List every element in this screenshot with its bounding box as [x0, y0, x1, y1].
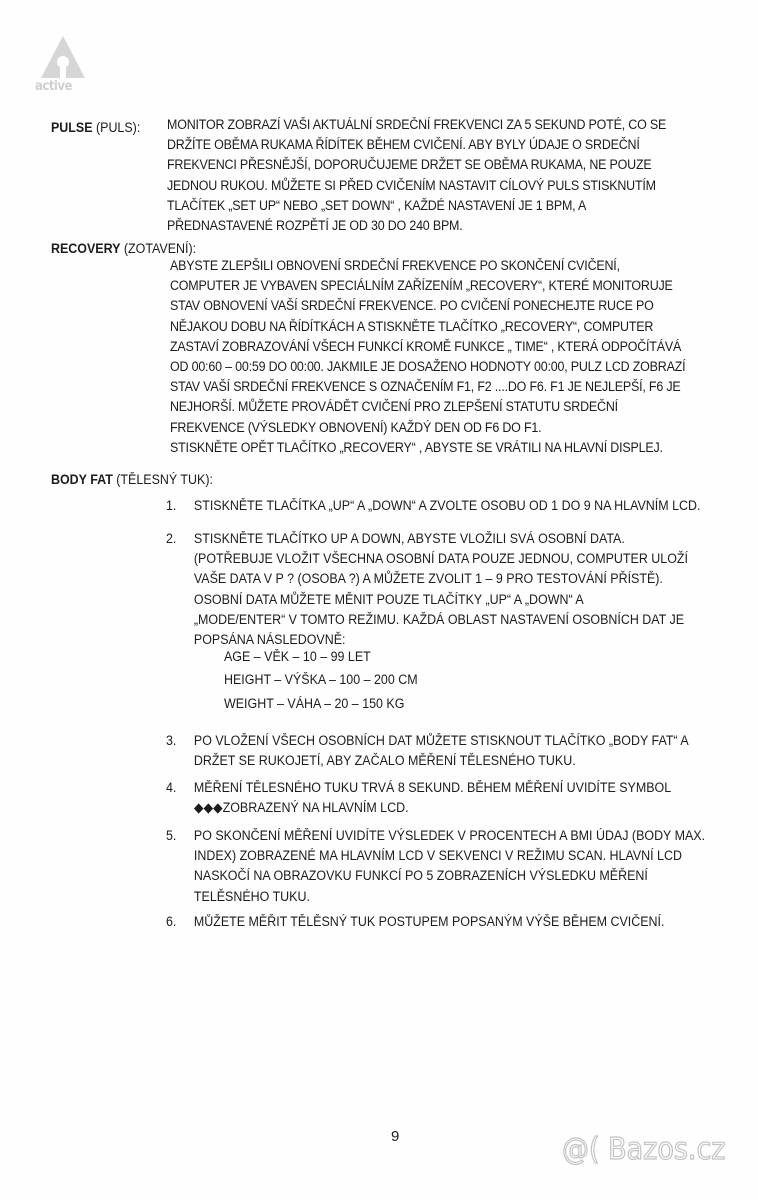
recovery-line: NEJHORŠÍ. MŮŽETE PROVÁDĚT CVIČENÍ PRO ZL…	[170, 397, 685, 417]
active-logo: active	[33, 36, 93, 96]
range-age: AGE – VĚK – 10 – 99 LET	[224, 649, 371, 664]
step-number: 5.	[166, 826, 185, 846]
recovery-line: ABYSTE ZLEPŠILI OBNOVENÍ SRDEČNÍ FREKVEN…	[170, 256, 685, 276]
recovery-line: ZASTAVÍ ZOBRAZOVÁNÍ VŠECH FUNKCÍ KROMĚ F…	[170, 337, 685, 357]
step-line: PO VLOŽENÍ VŠECH OSOBNÍCH DAT MŮŽETE STI…	[194, 731, 689, 751]
recovery-line: COMPUTER JE VYBAVEN SPECIÁLNÍM ZAŘÍZENÍM…	[170, 276, 685, 296]
pulse-line: MONITOR ZOBRAZÍ VAŠI AKTUÁLNÍ SRDEČNÍ FR…	[167, 115, 666, 135]
step-line: (POTŘEBUJE VLOŽIT VŠECHNA OSOBNÍ DATA PO…	[194, 549, 688, 569]
pulse-line: JEDNOU RUKOU. MŮŽETE SI PŘED CVIČENÍM NA…	[167, 176, 666, 196]
body-fat-heading-bold: BODY FAT	[51, 472, 113, 487]
recovery-line: STAV VAŠÍ SRDEČNÍ FREKVENCE S OZNAČENÍM …	[170, 377, 685, 397]
recovery-line: STAV OBNOVENÍ VAŠÍ SRDEČNÍ FREKVENCE. PO…	[170, 296, 685, 316]
step-line: ◆◆◆ZOBRAZENÝ NA HLAVNÍM LCD.	[194, 798, 671, 818]
recovery-line: OD 00:60 – 00:59 DO 00:00. JAKMILE JE DO…	[170, 357, 685, 377]
step-number: 3.	[166, 731, 185, 751]
step-line: NASKOČÍ NA OBRAZOVKU FUNKCÍ PO 5 ZOBRAZE…	[194, 866, 705, 886]
pulse-line: FREKVENCI PŘESNĚJŠÍ, DOPORUČUJEME DRŽET …	[167, 155, 666, 175]
recovery-line: NĚJAKOU DOBU NA ŘÍDÍTKÁCH A STISKNĚTE TL…	[170, 317, 685, 337]
recovery-heading: RECOVERY (ZOTAVENÍ):	[51, 241, 196, 256]
recovery-heading-rest: (ZOTAVENÍ):	[120, 241, 196, 256]
pulse-line: DRŽÍTE OBĚMA RUKAMA ŘÍDÍTEK BĚHEM CVIČEN…	[167, 135, 666, 155]
range-weight: WEIGHT – VÁHA – 20 – 150 KG	[224, 696, 404, 711]
step-line: STISKNĚTE TLAČÍTKA „UP“ A „DOWN“ A ZVOLT…	[194, 496, 701, 516]
step-line: MŮŽETE MĚŘIT TĚLĚSNÝ TUK POSTUPEM POPSAN…	[194, 912, 665, 932]
bazos-watermark: @( Bazos.cz	[562, 1132, 725, 1167]
range-height: HEIGHT – VÝŠKA – 100 – 200 CM	[224, 672, 418, 687]
pulse-heading: PULSE (PULS):	[51, 120, 140, 135]
step-line: MĚŘENÍ TĚLESNÉHO TUKU TRVÁ 8 SEKUND. BĚH…	[194, 778, 671, 798]
step-number: 2.	[166, 529, 185, 549]
step-line: „MODE/ENTER“ V TOMTO REŽIMU. KAŽDÁ OBLAS…	[194, 610, 688, 630]
manual-page: active PULSE (PULS): MONITOR ZOBRAZÍ VAŠ…	[0, 0, 758, 1200]
step-line: DRŽET SE RUKOJETÍ, ABY ZAČALO MĚŘENÍ TĚL…	[194, 751, 689, 771]
pulse-line: PŘEDNASTAVENÉ ROZPĚTÍ JE OD 30 DO 240 BP…	[167, 216, 666, 236]
step-line: PO SKONČENÍ MĚŘENÍ UVIDÍTE VÝSLEDEK V PR…	[194, 826, 705, 846]
pulse-heading-rest: (PULS):	[93, 120, 141, 135]
step-line: STISKNĚTE TLAČÍTKO UP A DOWN, ABYSTE VLO…	[194, 529, 688, 549]
step-number: 6.	[166, 912, 185, 932]
recovery-paragraph: ABYSTE ZLEPŠILI OBNOVENÍ SRDEČNÍ FREKVEN…	[170, 256, 685, 458]
pulse-heading-bold: PULSE	[51, 120, 93, 135]
recovery-heading-bold: RECOVERY	[51, 241, 120, 256]
recovery-line: FREKVENCE (VÝSLEDKY OBNOVENÍ) KAŽDÝ DEN …	[170, 418, 685, 438]
step-number: 1.	[166, 496, 185, 516]
step-line: POPSÁNA NÁSLEDOVNĚ:	[194, 630, 688, 650]
step-line: TELĚSNÉHO TUKU.	[194, 887, 705, 907]
body-fat-heading-rest: (TĚLESNÝ TUK):	[113, 472, 213, 487]
pulse-paragraph: MONITOR ZOBRAZÍ VAŠI AKTUÁLNÍ SRDEČNÍ FR…	[167, 115, 666, 236]
page-number: 9	[391, 1128, 399, 1145]
logo-stem	[60, 64, 66, 78]
logo-text: active	[35, 79, 72, 94]
recovery-line: STISKNĚTE OPĚT TLAČÍTKO „RECOVERY“ , ABY…	[170, 438, 685, 458]
pulse-line: TLAČÍTEK „SET UP“ NEBO „SET DOWN“ , KAŽD…	[167, 196, 666, 216]
step-line: INDEX) ZOBRAZENÉ MA HLAVNÍM LCD V SEKVEN…	[194, 846, 705, 866]
step-line: VAŠE DATA V P ? (OSOBA ?) A MŮŽETE ZVOLI…	[194, 569, 688, 589]
step-line: OSOBNÍ DATA MŮŽETE MĚNIT POUZE TLAČÍTKY …	[194, 590, 688, 610]
body-fat-heading: BODY FAT (TĚLESNÝ TUK):	[51, 472, 213, 487]
step-number: 4.	[166, 778, 185, 798]
